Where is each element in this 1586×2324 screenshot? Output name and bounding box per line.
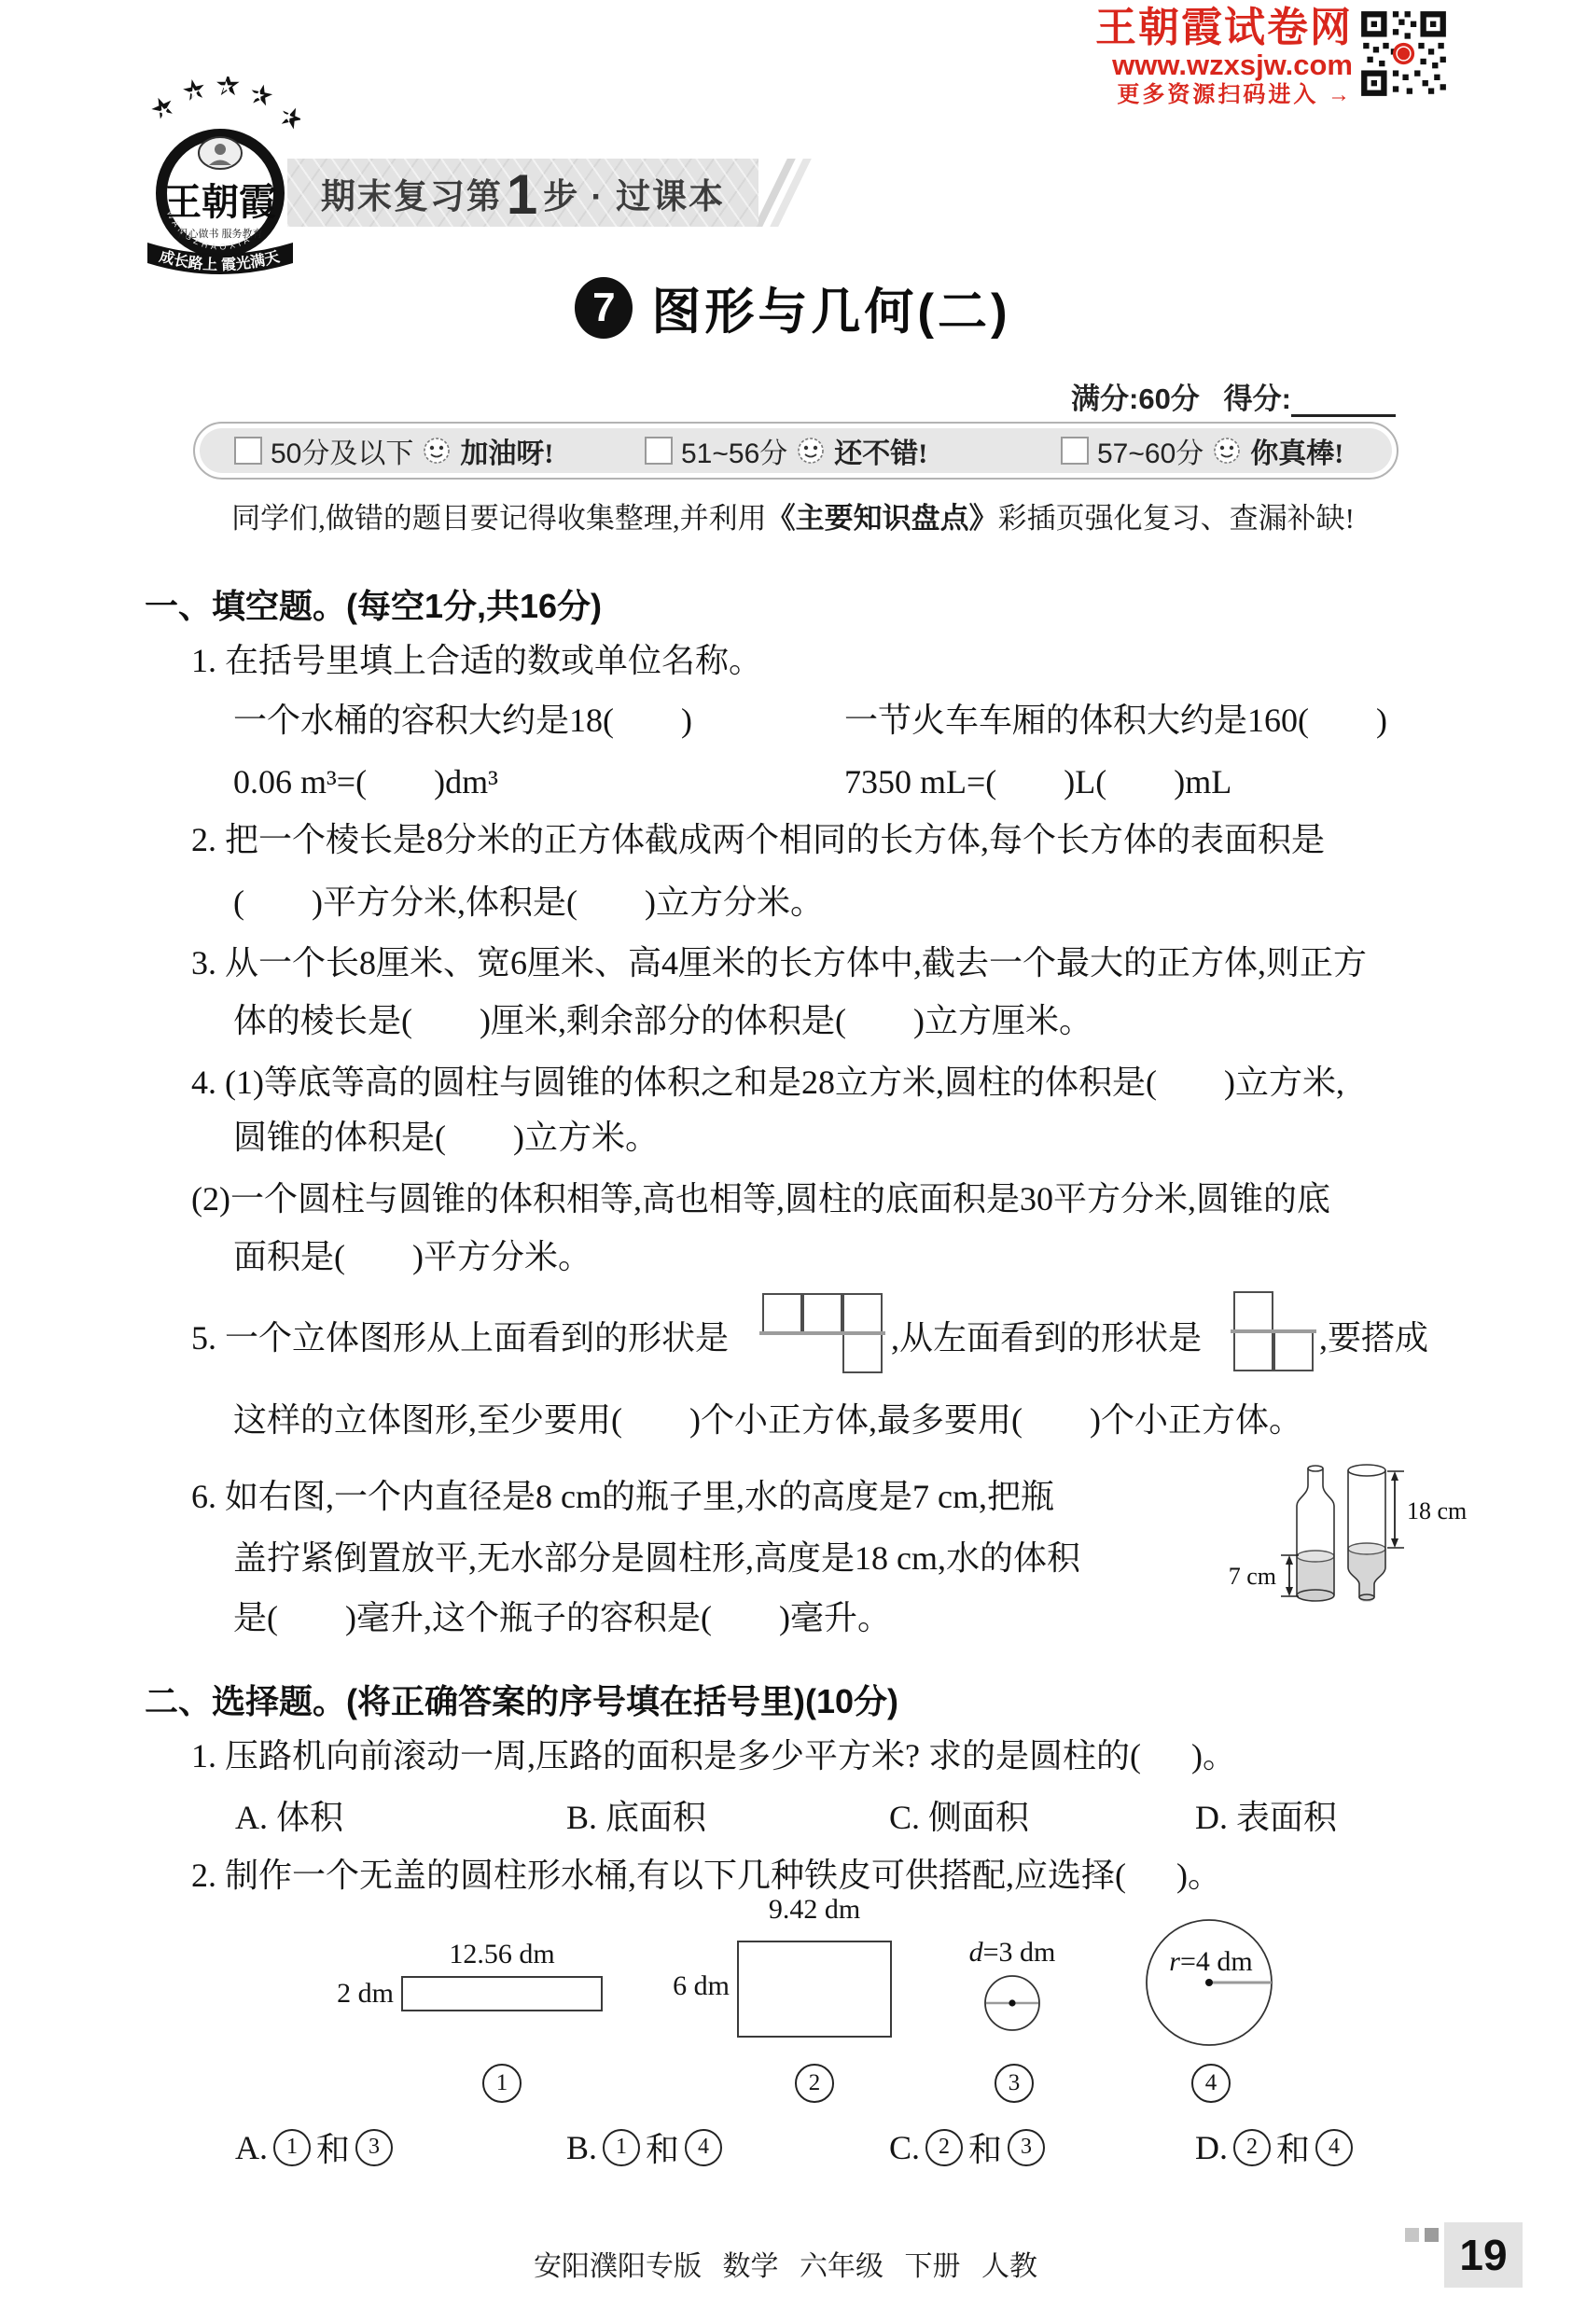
band-checkbox[interactable] <box>645 437 673 465</box>
brand-site-url: www.wzxsjw.com <box>1095 50 1353 79</box>
option-conjunction: 和 <box>646 2123 679 2171</box>
c2-option-a[interactable]: A. 1 和 3 <box>235 2123 393 2171</box>
section2-heading: 二、选择题。(将正确答案的序号填在括号里)(10分) <box>145 1676 898 1723</box>
option-conjunction: 和 <box>1276 2123 1310 2171</box>
fig3-circle <box>981 1972 1043 2034</box>
empty-height-label: 18 cm <box>1407 1497 1467 1524</box>
header-banner: 期末复习第 1 步 · 过课本 <box>287 159 758 227</box>
fig1-height-label: 2 dm <box>308 1978 394 2010</box>
option-circled-number: 2 <box>925 2129 963 2166</box>
score-blank-field[interactable] <box>1291 386 1396 417</box>
band-praise-label: 还不错! <box>834 430 927 471</box>
q1-row1-left: 一个水桶的容积大约是18( ) <box>233 700 692 742</box>
badge-motto: 用心做书 服务教育 <box>177 227 262 240</box>
fig2-width-label: 9.42 dm <box>737 1894 892 1926</box>
footer-decoration-square <box>1405 2228 1419 2242</box>
option-circled-number: 3 <box>355 2129 393 2166</box>
q5-left-view-shape <box>1233 1291 1315 1373</box>
water-height-label: 7 cm <box>1229 1563 1276 1590</box>
score-band-item: 50分及以下 加油呀! <box>234 430 553 471</box>
footer-decoration-square <box>1425 2228 1439 2242</box>
band-range-label: 50分及以下 <box>271 430 413 471</box>
full-score-label: 满分:60分 <box>1071 383 1200 415</box>
paper-title: 图形与几何(二) <box>651 272 1010 343</box>
q3-line1: 3. 从一个长8厘米、宽6厘米、高4厘米的长方体中,截去一个最大的正方体,则正方 <box>191 942 1367 984</box>
fig3-value: =3 dm <box>983 1937 1056 1968</box>
notice-line: 同学们,做错的题目要记得收集整理,并利用《主要知识盘点》彩插页强化复习、查漏补缺… <box>0 494 1586 536</box>
fig3-diameter-label: d=3 dm <box>950 1937 1075 1969</box>
banner-suffix: 步 · 过课本 <box>543 168 725 218</box>
q4-line2: 圆锥的体积是( )立方米。 <box>233 1117 659 1159</box>
score-band-item: 57~60分 你真棒! <box>1061 430 1343 471</box>
fig4-circle <box>1144 1913 1284 2053</box>
q3-line2: 体的棱长是( )厘米,剩余部分的体积是( )立方厘米。 <box>233 1000 1092 1042</box>
q4-line1: 4. (1)等底等高的圆柱与圆锥的体积之和是28立方米,圆柱的体积是( )立方米… <box>191 1062 1344 1104</box>
q5-pre: 5. 一个立体图形从上面看到的形状是 <box>191 1317 729 1359</box>
badge-stars-icon: ★ ★ ★ ★ ★ ★ ★ ★ ★ ★ <box>145 77 300 137</box>
fig3-var: d <box>969 1937 983 1968</box>
badge-brand-name: 王朝霞 <box>164 181 276 223</box>
band-praise-label: 加油呀! <box>460 430 553 471</box>
score-line: 满分:60分 得分: <box>1071 375 1396 417</box>
option-letter: C. <box>889 2128 920 2167</box>
banner-step-number: 1 <box>507 162 539 227</box>
option-circled-number: 3 <box>1008 2129 1045 2166</box>
qr-code-icon <box>1359 9 1448 98</box>
fig2-number-badge: 2 <box>795 2064 834 2103</box>
c1-option-a[interactable]: A. 体积 <box>235 1797 343 1839</box>
c2-option-c[interactable]: C. 2 和 3 <box>889 2123 1045 2171</box>
option-circled-number: 4 <box>1315 2129 1353 2166</box>
notice-post: 彩插页强化复习、查漏补缺! <box>998 502 1355 535</box>
fig1-number-badge: 1 <box>482 2064 522 2103</box>
brand-qr-hint: 更多资源扫码进入 → <box>1095 84 1353 106</box>
smiley-icon <box>422 436 452 466</box>
option-conjunction: 和 <box>316 2123 350 2171</box>
fig4-var: r <box>1169 1946 1180 1977</box>
q6-line2: 盖拧紧倒置放平,无水部分是圆柱形,高度是18 cm,水的体积 <box>233 1538 1080 1579</box>
fig3-number-badge: 3 <box>995 2064 1034 2103</box>
q5-post: ,要搭成 <box>1319 1317 1428 1359</box>
q2-line1: 2. 把一个棱长是8分米的正方体截成两个相同的长方体,每个长方体的表面积是 <box>191 819 1325 861</box>
q5-line2: 这样的立体图形,至少要用( )个小正方体,最多要用( )个小正方体。 <box>233 1399 1302 1441</box>
fig4-radius-label: r=4 dm <box>1155 1946 1267 1978</box>
worksheet-page: 王朝霞试卷网 www.wzxsjw.com 更多资源扫码进入 → 期末复习第 1… <box>0 0 1586 2324</box>
score-label: 得分: <box>1224 383 1291 415</box>
option-letter: D. <box>1195 2128 1228 2167</box>
option-conjunction: 和 <box>968 2123 1002 2171</box>
fig4-number-badge: 4 <box>1191 2064 1231 2103</box>
notice-pre: 同学们,做错的题目要记得收集整理,并利用 <box>231 502 767 535</box>
section1-heading: 一、填空题。(每空1分,共16分) <box>145 580 602 628</box>
q6-line1: 6. 如右图,一个内直径是8 cm的瓶子里,水的高度是7 cm,把瓶 <box>191 1476 1054 1518</box>
c1-option-d[interactable]: D. 表面积 <box>1195 1797 1337 1839</box>
option-circled-number: 4 <box>685 2129 722 2166</box>
option-circled-number: 1 <box>603 2129 640 2166</box>
q1-row2-left: 0.06 m³=( )dm³ <box>233 761 498 803</box>
c2-option-b[interactable]: B. 1 和 4 <box>566 2123 722 2171</box>
svg-text:★: ★ <box>219 78 233 96</box>
option-letter: A. <box>235 2128 268 2167</box>
option-circled-number: 1 <box>273 2129 311 2166</box>
q6-line3: 是( )毫升,这个瓶子的容积是( )毫升。 <box>233 1597 891 1639</box>
c1-stem: 1. 压路机向前滚动一周,压路的面积是多少平方米? 求的是圆柱的( )。 <box>191 1735 1236 1777</box>
banner-prefix: 期末复习第 <box>321 168 503 218</box>
brand-block: 王朝霞试卷网 www.wzxsjw.com 更多资源扫码进入 → <box>1095 7 1353 106</box>
smiley-icon <box>1212 436 1242 466</box>
band-range-label: 57~60分 <box>1097 430 1203 471</box>
notice-book-title: 《主要知识盘点》 <box>767 502 998 535</box>
q5-mid: ,从左面看到的形状是 <box>891 1317 1202 1359</box>
option-letter: B. <box>566 2128 597 2167</box>
score-band: 50分及以下 加油呀! 51~56分 还不错! 57~60分 <box>193 422 1398 480</box>
portrait-head <box>215 144 226 155</box>
q1-stem: 1. 在括号里填上合适的数或单位名称。 <box>191 640 762 682</box>
q4-line3: (2)一个圆柱与圆锥的体积相等,高也相等,圆柱的底面积是30平方分米,圆锥的底 <box>191 1178 1330 1220</box>
fig1-width-label: 12.56 dm <box>401 1939 603 1970</box>
smiley-icon <box>796 436 826 466</box>
fig1-rectangle <box>401 1976 603 2011</box>
q2-line2: ( )平方分米,体积是( )立方分米。 <box>233 882 824 924</box>
band-checkbox[interactable] <box>234 437 262 465</box>
footer-edition-line: 安阳濮阳专版 数学 六年级 下册 人教 <box>534 2243 1037 2284</box>
unit-number-badge: 7 <box>575 277 633 339</box>
publisher-badge-logo: ★ ★ ★ ★ ★ ★ ★ ★ ★ ★ WANGZHAOXIA 王朝霞 用心做书… <box>140 77 300 276</box>
c2-stem: 2. 制作一个无盖的圆柱形水桶,有以下几种铁皮可供搭配,应选择( )。 <box>191 1855 1221 1897</box>
score-band-item: 51~56分 还不错! <box>645 430 927 471</box>
paper-title-row: 7 图形与几何(二) <box>0 272 1586 343</box>
option-circled-number: 2 <box>1233 2129 1271 2166</box>
fig2-rectangle <box>737 1941 892 2038</box>
brand-site-name: 王朝霞试卷网 <box>1095 7 1353 49</box>
fig4-value: =4 dm <box>1180 1946 1253 1977</box>
c1-option-c[interactable]: C. 侧面积 <box>889 1797 1029 1839</box>
page-number: 19 <box>1444 2222 1523 2288</box>
q1-row1-right: 一节火车车厢的体积大约是160( ) <box>844 700 1387 742</box>
band-praise-label: 你真棒! <box>1250 430 1343 471</box>
q4-line4: 面积是( )平方分米。 <box>233 1236 591 1278</box>
q5-top-view-shape <box>762 1293 883 1375</box>
fig2-height-label: 6 dm <box>649 1970 730 2002</box>
c2-option-d[interactable]: D. 2 和 4 <box>1195 2123 1353 2171</box>
band-checkbox[interactable] <box>1061 437 1089 465</box>
q1-row2-right: 7350 mL=( )L( )mL <box>844 761 1231 803</box>
c1-option-b[interactable]: B. 底面积 <box>566 1797 706 1839</box>
band-range-label: 51~56分 <box>681 430 787 471</box>
bottle-diagram: 7 cm 18 cm <box>1228 1455 1508 1614</box>
